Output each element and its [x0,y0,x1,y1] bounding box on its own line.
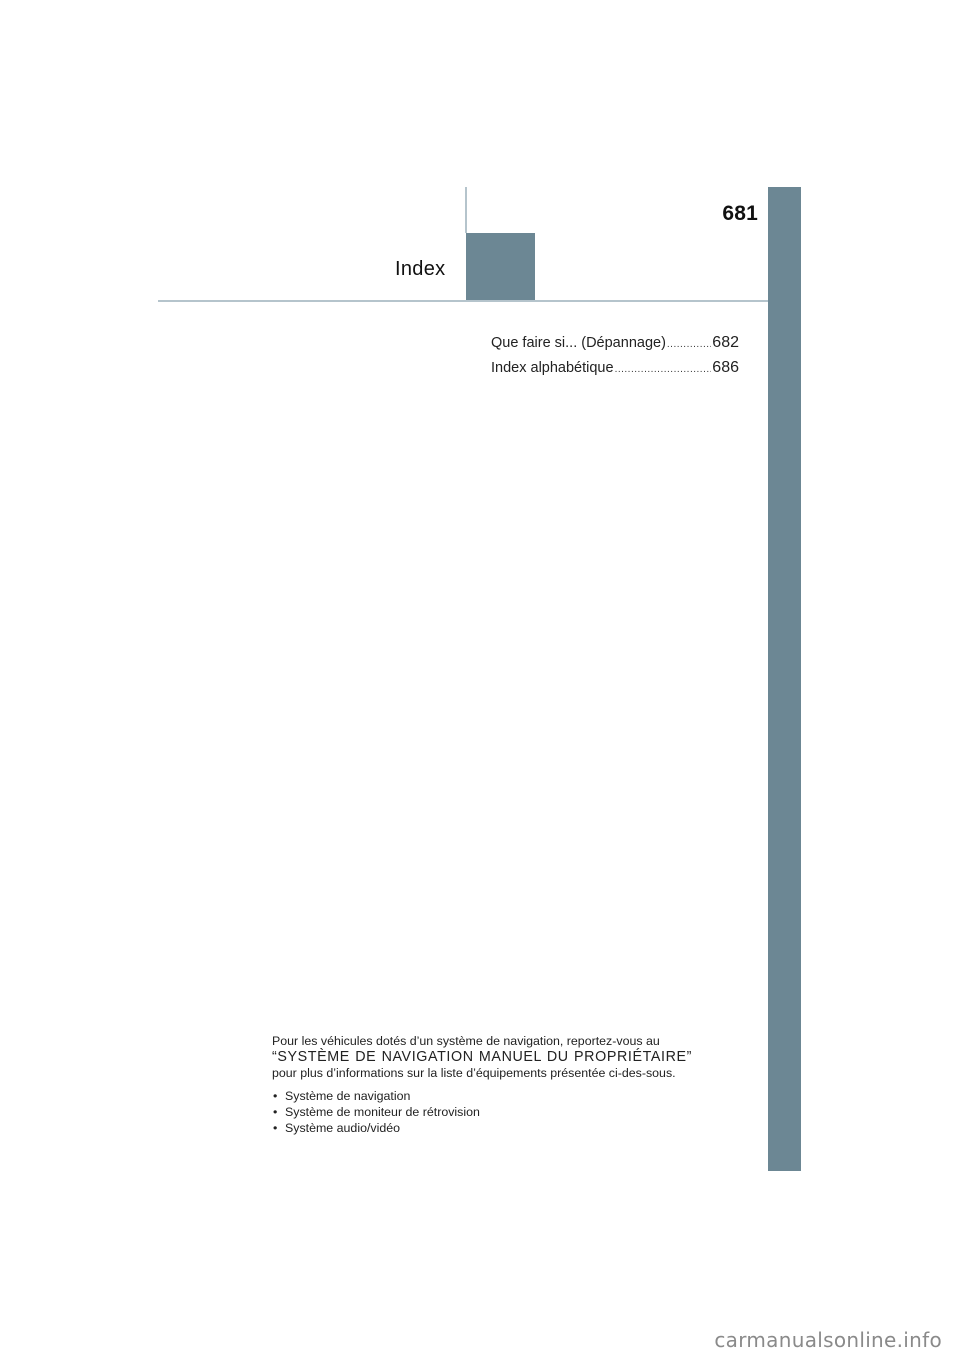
list-item: • Système de navigation [272,1088,692,1104]
header-horizontal-rule [158,300,768,302]
list-item: • Système audio/vidéo [272,1120,692,1136]
note-manual-title: “SYSTÈME DE NAVIGATION MANUEL DU PROPRIÉ… [272,1049,692,1065]
section-marker-square [466,233,535,301]
table-of-contents: Que faire si... (Dépannage) 682 Index al… [491,334,739,384]
toc-item-label: Que faire si... (Dépannage) [491,335,666,351]
bullet-icon: • [273,1104,277,1120]
list-item: • Système de moniteur de rétrovision [272,1104,692,1120]
note-line-details: pour plus d’informations sur la liste d’… [272,1066,676,1080]
toc-leader-dots [667,339,711,350]
page-number: 681 [722,202,758,226]
header-vertical-rule [465,187,467,233]
list-item-text: Système audio/vidéo [285,1121,400,1135]
bullet-icon: • [273,1088,277,1104]
list-item-text: Système de navigation [285,1089,410,1103]
equipment-list: • Système de navigation • Système de mon… [272,1088,692,1137]
toc-item-page: 686 [712,359,739,377]
toc-item-page: 682 [712,334,739,352]
note-line-intro: Pour les véhicules dotés d’un système de… [272,1034,660,1048]
toc-leader-dots [615,364,712,375]
toc-item-alphabetical-index[interactable]: Index alphabétique 686 [491,359,739,384]
chapter-side-tab [768,187,801,1171]
note-paragraph: Pour les véhicules dotés d’un système de… [272,1033,692,1082]
toc-item-troubleshooting[interactable]: Que faire si... (Dépannage) 682 [491,334,739,359]
toc-item-label: Index alphabétique [491,360,614,376]
list-item-text: Système de moniteur de rétrovision [285,1105,480,1119]
watermark: carmanualsonline.info [714,1328,942,1352]
navigation-note: Pour les véhicules dotés d’un système de… [272,1033,692,1136]
section-title: Index [395,258,445,281]
bullet-icon: • [273,1120,277,1136]
